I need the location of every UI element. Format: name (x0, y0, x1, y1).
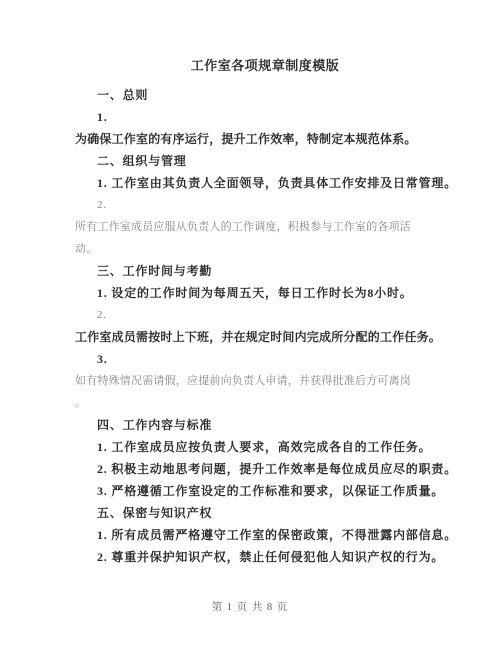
paragraph: 1. 工作室由其负责人全面领导，负责具体工作安排及日常管理。 (75, 172, 475, 194)
paragraph: 3. (75, 348, 475, 370)
paragraph: 1. (75, 106, 475, 128)
paragraph: 2. (75, 304, 475, 326)
paragraph: 三、工作时间与考勤 (75, 260, 475, 282)
document-body: 一、总则1.为确保工作室的有序运行，提升工作效率，特制定本规范体系。二、组织与管… (75, 84, 475, 568)
paragraph: 1. 工作室成员应按负责人要求，高效完成各自的工作任务。 (75, 436, 475, 458)
document-title: 工作室各项规章制度模版 (30, 58, 500, 74)
paragraph: 一、总则 (75, 84, 475, 106)
paragraph: 所有工作室成员应服从负责人的工作调度，积极参与工作室的各项活动。 (75, 216, 475, 260)
paragraph: 为确保工作室的有序运行，提升工作效率，特制定本规范体系。 (75, 128, 475, 150)
paragraph: 工作室成员需按时上下班，并在规定时间内完成所分配的工作任务。 (75, 326, 475, 348)
paragraph: 3. 严格遵循工作室设定的工作标准和要求，以保证工作质量。 (75, 480, 475, 502)
paragraph: 2. 尊重并保护知识产权，禁止任何侵犯他人知识产权的行为。 (75, 546, 475, 568)
paragraph: 五、保密与知识产权 (75, 502, 475, 524)
paragraph: 1. 所有成员需严格遵守工作室的保密政策，不得泄露内部信息。 (75, 524, 475, 546)
paragraph: 四、工作内容与标准 (75, 414, 475, 436)
paragraph: 如有特殊情况需请假，应提前向负责人申请，并获得批准后方可离岗。 (75, 370, 475, 414)
document-page: 工作室各项规章制度模版 一、总则1.为确保工作室的有序运行，提升工作效率，特制定… (0, 0, 500, 647)
paragraph: 1. 设定的工作时间为每周五天，每日工作时长为8小时。 (75, 282, 475, 304)
paragraph: 2. 积极主动地思考问题，提升工作效率是每位成员应尽的职责。 (75, 458, 475, 480)
paragraph: 2. (75, 194, 475, 216)
page-number-footer: 第 1 页 共 8 页 (0, 600, 500, 616)
paragraph: 二、组织与管理 (75, 150, 475, 172)
